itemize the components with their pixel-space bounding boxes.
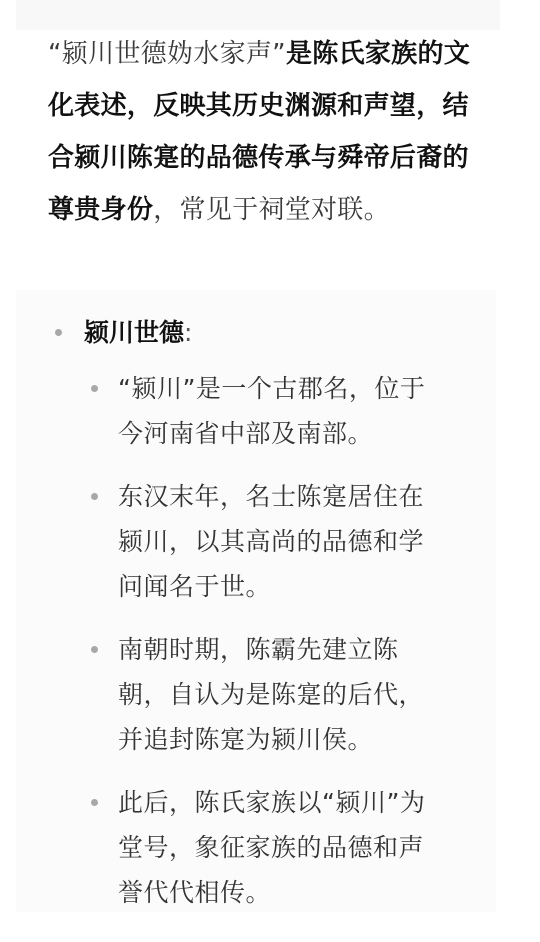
section-title: 颍川世德 [84, 318, 184, 347]
section-colon: : [184, 318, 192, 347]
bullet-icon [91, 493, 98, 500]
intro-paragraph: “颍川世德妫水家声”是陈氏家族的文化表述，反映其历史渊源和声望，结合颍川陈寔的品… [48, 28, 488, 236]
section-item: 颍川世德: “颍川”是一个古郡名，位于今河南省中部及南部。 东汉末年，名士陈寔居… [16, 310, 496, 915]
list-item: “颍川”是一个古郡名，位于今河南省中部及南部。 [84, 366, 430, 456]
intro-normal-text: ，常见于祠堂对联。 [153, 195, 390, 225]
bullet-icon [55, 329, 62, 336]
list-item-text: “颍川”是一个古郡名，位于今河南省中部及南部。 [118, 374, 425, 448]
list-item-text: 此后，陈氏家族以“颍川”为堂号，象征家族的品德和声誉代代相传。 [118, 788, 425, 907]
bullet-icon [91, 646, 98, 653]
list-item: 东汉末年，名士陈寔居住在颍川，以其高尚的品德和学问闻名于世。 [84, 474, 430, 609]
list-item: 南朝时期，陈霸先建立陈朝，自认为是陈寔的后代，并追封陈寔为颍川侯。 [84, 627, 430, 762]
content-card: 颍川世德: “颍川”是一个古郡名，位于今河南省中部及南部。 东汉末年，名士陈寔居… [16, 290, 496, 912]
list-item-text: 东汉末年，名士陈寔居住在颍川，以其高尚的品德和学问闻名于世。 [118, 482, 424, 601]
sub-list: “颍川”是一个古郡名，位于今河南省中部及南部。 东汉末年，名士陈寔居住在颍川，以… [84, 366, 496, 915]
intro-quote: “颍川世德妫水家声” [48, 39, 286, 69]
list-item: 此后，陈氏家族以“颍川”为堂号，象征家族的品德和声誉代代相传。 [84, 780, 430, 915]
bullet-icon [91, 385, 98, 392]
bullet-icon [91, 799, 98, 806]
list-item-text: 南朝时期，陈霸先建立陈朝，自认为是陈寔的后代，并追封陈寔为颍川侯。 [118, 635, 424, 754]
section-list: 颍川世德: “颍川”是一个古郡名，位于今河南省中部及南部。 东汉末年，名士陈寔居… [16, 310, 496, 933]
previous-card-edge [16, 0, 500, 30]
